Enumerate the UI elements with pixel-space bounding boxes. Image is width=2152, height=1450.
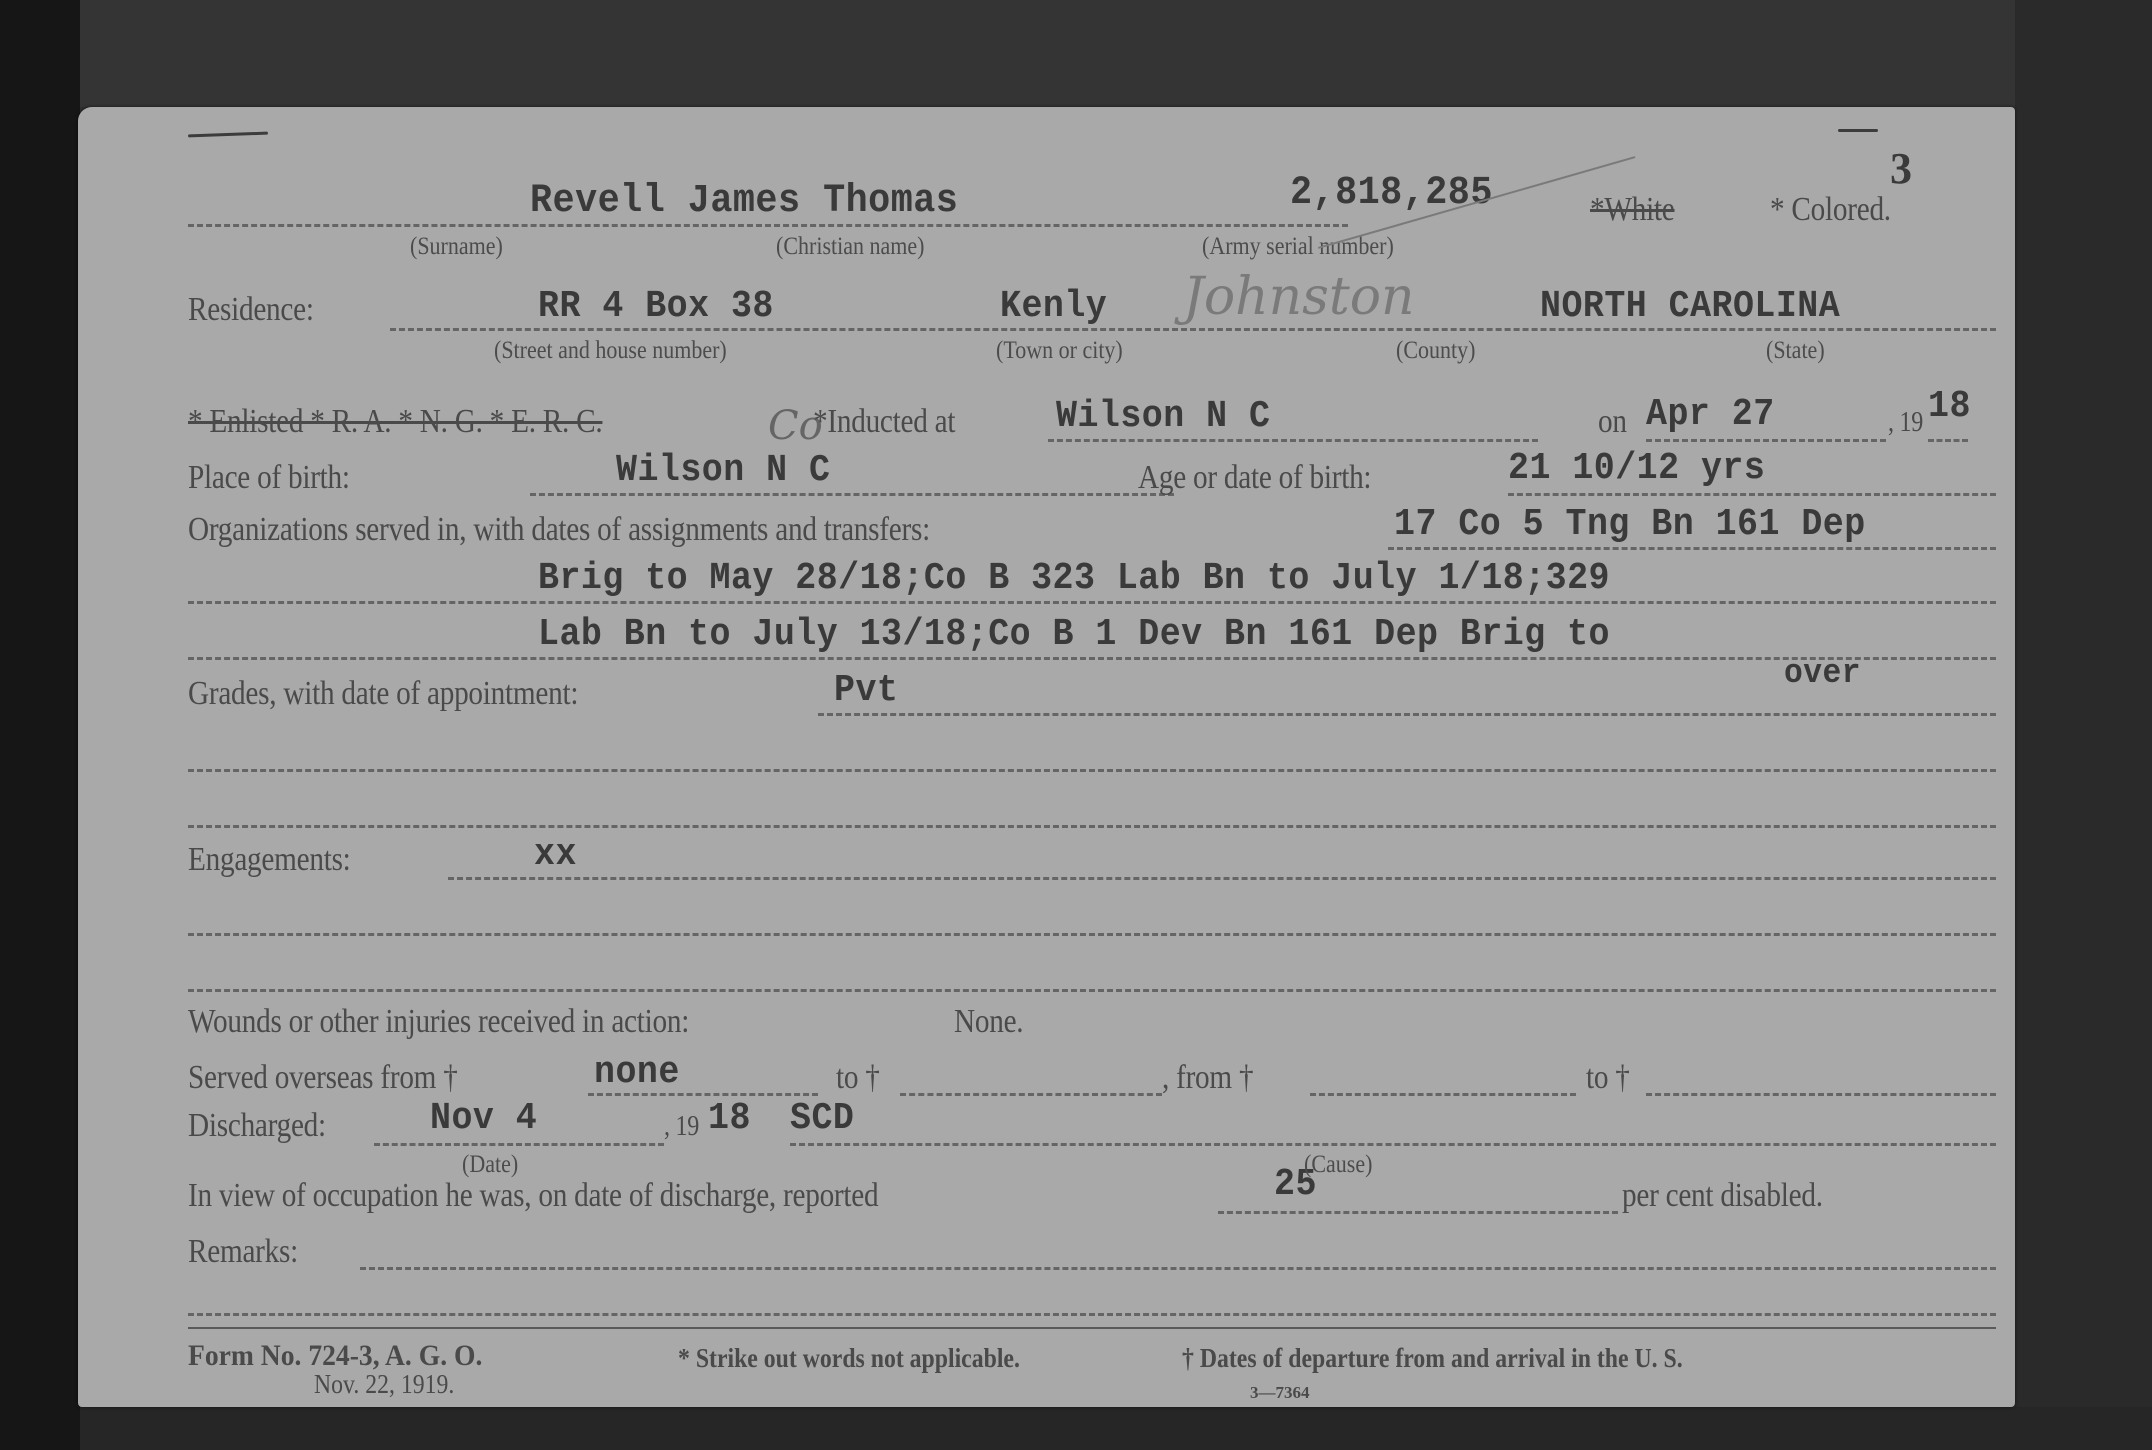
remarks-line-2	[188, 1313, 1996, 1316]
disability-suffix: per cent disabled.	[1622, 1177, 1823, 1215]
overseas-from-value: none	[594, 1051, 680, 1094]
christian-name-label: (Christian name)	[776, 233, 924, 261]
enlisted-struck-options: * Enlisted * R. A. * N. G. * E. R. C.	[188, 403, 602, 441]
county-label: (County)	[1396, 337, 1475, 365]
discharged-year: 18	[708, 1097, 751, 1140]
discharged-year-prefix: , 19	[664, 1111, 699, 1143]
enlisted-struck-text: * Enlisted * R. A. * N. G. * E. R. C.	[188, 403, 602, 440]
residence-county-handwritten: Johnston	[1183, 267, 1415, 327]
discharge-cause-label: (Cause)	[1304, 1151, 1372, 1179]
army-serial-value: 2,818,285	[1290, 171, 1493, 216]
inducted-date-line	[1646, 439, 1886, 442]
handwritten-co-mark: Co	[768, 403, 823, 449]
name-value: Revell James Thomas	[530, 179, 958, 224]
discharged-cause: SCD	[790, 1097, 854, 1140]
scan-background-top	[80, 0, 2152, 107]
organizations-label: Organizations served in, with dates of a…	[188, 511, 930, 549]
inducted-place-line	[1048, 439, 1538, 442]
age-line	[1508, 493, 1996, 496]
engagements-line	[448, 877, 1996, 880]
discharged-date-line	[374, 1143, 664, 1146]
disability-line	[1218, 1211, 1618, 1214]
inducted-year: 18	[1928, 385, 1971, 428]
birth-place: Wilson N C	[616, 449, 830, 492]
remarks-line	[360, 1267, 1996, 1270]
grades-label: Grades, with date of appointment:	[188, 675, 578, 713]
birth-place-line	[530, 493, 1174, 496]
footer-rule	[188, 1327, 1996, 1329]
organizations-continuation: over	[1784, 655, 1861, 693]
wounds-value: None.	[954, 1003, 1023, 1041]
blank-line-1	[188, 769, 1996, 772]
discharged-label: Discharged:	[188, 1107, 326, 1145]
scan-background-bottom	[80, 1407, 2152, 1450]
grades-value: Pvt	[834, 669, 898, 712]
inducted-label: *Inducted at	[813, 403, 955, 441]
organizations-line-3-value: Lab Bn to July 13/18;Co B 1 Dev Bn 161 D…	[538, 613, 1610, 656]
engagements-label: Engagements:	[188, 841, 351, 879]
overseas-from-label: Served overseas from †	[188, 1059, 458, 1097]
pen-mark-top-right	[1838, 129, 1878, 132]
overseas-from2-label: , from †	[1162, 1059, 1253, 1097]
service-record-card: 3 Revell James Thomas 2,818,285 *White *…	[78, 107, 2015, 1407]
organizations-line-2	[188, 601, 1996, 604]
print-code: 3—7364	[1250, 1383, 1310, 1403]
surname-label: (Surname)	[410, 233, 503, 261]
inducted-place: Wilson N C	[1056, 395, 1270, 438]
overseas-to-label: to †	[836, 1059, 880, 1097]
residence-label: Residence:	[188, 291, 314, 329]
scan-background-left	[0, 0, 80, 1450]
race-white-struck-text: *White	[1590, 191, 1675, 228]
blank-line-2	[188, 825, 1996, 828]
organizations-line-1	[1388, 547, 1996, 550]
residence-town: Kenly	[1000, 285, 1107, 328]
name-line	[188, 224, 1348, 227]
army-serial-label: (Army serial number)	[1202, 233, 1394, 261]
overseas-to2-line	[1646, 1093, 1996, 1096]
overseas-from2-line	[1310, 1093, 1576, 1096]
organizations-line-2-value: Brig to May 28/18;Co B 323 Lab Bn to Jul…	[538, 557, 1610, 600]
discharged-date-label: (Date)	[462, 1151, 518, 1179]
inducted-year-prefix: , 19	[1888, 407, 1923, 439]
organizations-line-1-value: 17 Co 5 Tng Bn 161 Dep	[1394, 503, 1866, 546]
inducted-date: Apr 27	[1646, 393, 1775, 436]
race-colored-selected: * Colored.	[1770, 191, 1891, 229]
engagements-value: xx	[534, 833, 577, 876]
discharged-cause-line	[790, 1143, 1996, 1146]
blank-line-4	[188, 989, 1996, 992]
residence-street: RR 4 Box 38	[538, 285, 774, 328]
footnote-strike-out: * Strike out words not applicable.	[678, 1343, 1020, 1374]
age-value: 21 10/12 yrs	[1508, 447, 1765, 490]
town-label: (Town or city)	[996, 337, 1123, 365]
grades-line	[818, 713, 1996, 716]
disability-label: In view of occupation he was, on date of…	[188, 1177, 878, 1215]
street-label: (Street and house number)	[494, 337, 727, 365]
organizations-line-3	[188, 657, 1996, 660]
age-label: Age or date of birth:	[1138, 459, 1371, 497]
race-white-struck: *White	[1590, 191, 1675, 229]
footnote-dates: † Dates of departure from and arrival in…	[1182, 1343, 1683, 1374]
birth-place-label: Place of birth:	[188, 459, 350, 497]
discharged-date: Nov 4	[430, 1097, 537, 1140]
residence-line	[390, 328, 1996, 331]
state-label: (State)	[1766, 337, 1825, 365]
remarks-label: Remarks:	[188, 1233, 298, 1271]
card-number: 3	[1890, 143, 1912, 194]
wounds-label: Wounds or other injuries received in act…	[188, 1003, 689, 1041]
overseas-to-line	[900, 1093, 1162, 1096]
scan-background-right	[2015, 0, 2152, 1450]
residence-state: NORTH CAROLINA	[1540, 285, 1840, 328]
inducted-on-label: on	[1598, 403, 1627, 441]
form-date: Nov. 22, 1919.	[314, 1369, 454, 1400]
overseas-to2-label: to †	[1586, 1059, 1630, 1097]
pen-mark-top-left	[188, 132, 268, 138]
inducted-year-line	[1928, 439, 1968, 442]
form-number: Form No. 724-3, A. G. O.	[188, 1339, 482, 1373]
blank-line-3	[188, 933, 1996, 936]
